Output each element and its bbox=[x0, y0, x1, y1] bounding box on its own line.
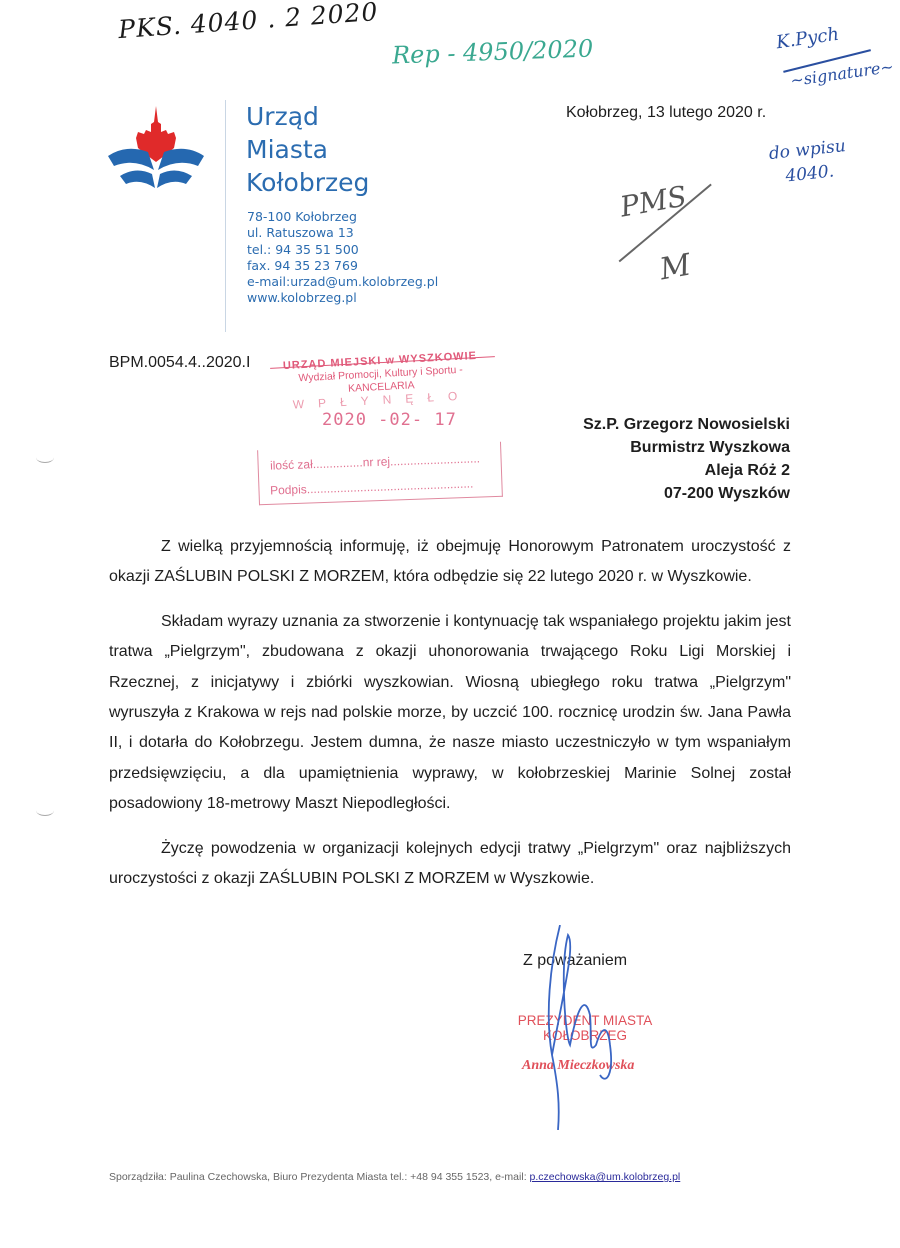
office-name-line: Kołobrzeg bbox=[246, 166, 369, 199]
handwritten-pms-initials: M bbox=[657, 248, 693, 288]
body-paragraph: Życzę powodzenia w organizacji kolejnych… bbox=[109, 834, 791, 895]
recipient-city: 07-200 Wyszków bbox=[583, 482, 790, 505]
handwritten-reference-note: PKS. 4040 . 2 2020 bbox=[117, 0, 379, 44]
body-paragraph: Z wielką przyjemnością informuję, iż obe… bbox=[109, 532, 791, 593]
letter-date: Kołobrzeg, 13 lutego 2020 r. bbox=[566, 104, 766, 122]
letter-body: Z wielką przyjemnością informuję, iż obe… bbox=[109, 532, 791, 908]
fax: fax. 94 35 23 769 bbox=[247, 258, 438, 274]
phone: tel.: 94 35 51 500 bbox=[247, 242, 438, 258]
stamp-date: 2020 -02- 17 bbox=[322, 410, 457, 430]
email-link[interactable]: e-mail:urzad@um.kolobrzeg.pl bbox=[247, 274, 438, 290]
footer-email-link[interactable]: p.czechowska@um.kolobrzeg.pl bbox=[530, 1171, 681, 1183]
document-reference: BPM.0054.4..2020.I bbox=[109, 354, 250, 372]
handwritten-assignee-initials: ~signature~ bbox=[789, 57, 895, 90]
recipient-title: Burmistrz Wyszkowa bbox=[583, 436, 790, 459]
postal-code-city: 78-100 Kołobrzeg bbox=[247, 209, 438, 225]
office-name: Urząd Miasta Kołobrzeg bbox=[246, 100, 369, 199]
punch-hole-mark bbox=[36, 452, 54, 463]
city-logo-icon bbox=[106, 104, 206, 194]
letterhead-divider bbox=[225, 100, 226, 332]
body-paragraph: Składam wyrazy uznania za stworzenie i k… bbox=[109, 607, 791, 820]
handwritten-assignee: K.Pych bbox=[775, 24, 840, 54]
handwritten-pms-note: PMS bbox=[618, 179, 689, 223]
recipient-street: Aleja Róż 2 bbox=[583, 459, 790, 482]
footer-prepared-by: Sporządziła: Paulina Czechowska, Biuro P… bbox=[109, 1171, 680, 1183]
handwritten-registration-number: Rep - 4950/2020 bbox=[392, 34, 594, 69]
office-name-line: Urząd bbox=[246, 100, 369, 133]
punch-hole-mark bbox=[36, 805, 54, 816]
recipient-name: Sz.P. Grzegorz Nowosielski bbox=[583, 413, 790, 436]
footer-text: Sporządziła: Paulina Czechowska, Biuro P… bbox=[109, 1171, 530, 1183]
handwritten-filing-note: do wpisu 4040. bbox=[768, 134, 850, 190]
office-name-line: Miasta bbox=[246, 133, 369, 166]
recipient-block: Sz.P. Grzegorz Nowosielski Burmistrz Wys… bbox=[583, 413, 790, 505]
street: ul. Ratuszowa 13 bbox=[247, 225, 438, 241]
website-link[interactable]: www.kolobrzeg.pl bbox=[247, 290, 438, 306]
office-address: 78-100 Kołobrzeg ul. Ratuszowa 13 tel.: … bbox=[247, 209, 438, 307]
received-stamp: URZĄD MIEJSKI w WYSZKOWIE Wydział Promoc… bbox=[267, 349, 495, 413]
handwritten-signature-icon bbox=[530, 925, 650, 1130]
